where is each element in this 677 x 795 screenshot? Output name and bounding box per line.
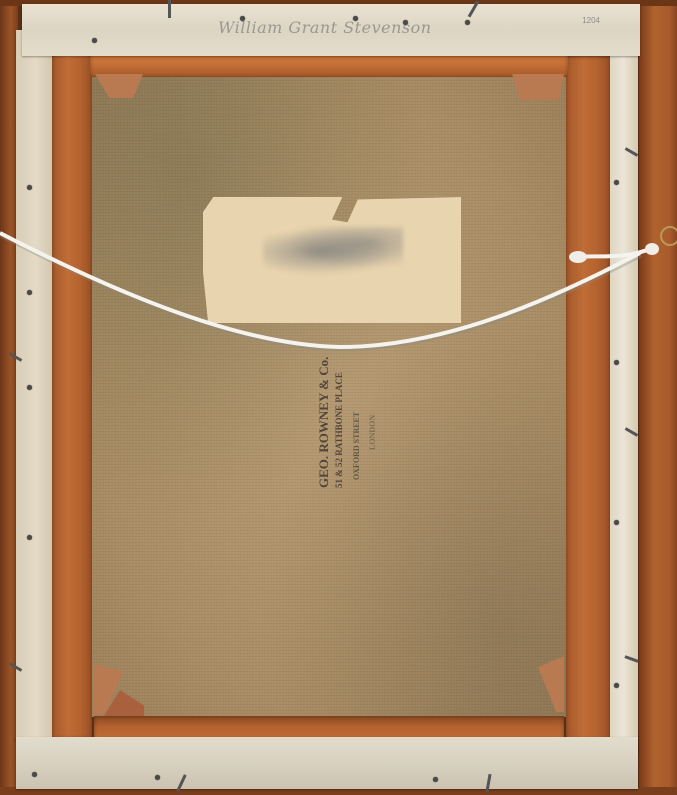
- nail: [403, 20, 408, 25]
- nail: [353, 16, 358, 21]
- nail: [92, 38, 97, 43]
- outer-frame-right: [639, 0, 677, 795]
- corner-key-top-right: [512, 74, 564, 100]
- nail: [614, 520, 619, 525]
- stamp-line-2: 51 & 52 RATHBONE PLACE: [334, 372, 344, 488]
- nail: [27, 290, 32, 295]
- paper-tape-bottom: [16, 737, 638, 789]
- pencil-inscription: William Grant Stevenson: [218, 18, 432, 37]
- paper-tape-right: [608, 56, 638, 756]
- nail: [465, 20, 470, 25]
- hanging-cord: [0, 225, 677, 365]
- nail: [27, 385, 32, 390]
- nail: [155, 775, 160, 780]
- nail: [32, 772, 37, 777]
- stamp-line-1: GEO. ROWNEY & Co.: [316, 357, 332, 488]
- tack: [168, 0, 171, 18]
- nail: [614, 360, 619, 365]
- stretcher-bar-left: [52, 47, 92, 739]
- nail: [614, 683, 619, 688]
- corner-number: 1204: [582, 16, 600, 25]
- stamp-line-4: LONDON: [368, 415, 377, 450]
- paper-tape-left: [16, 30, 56, 740]
- nail: [614, 180, 619, 185]
- nail: [27, 535, 32, 540]
- nail: [27, 185, 32, 190]
- nail: [240, 16, 245, 21]
- stretcher-bar-right: [566, 56, 610, 752]
- nail: [433, 777, 438, 782]
- hanging-ring: [660, 226, 677, 246]
- stamp-line-3: OXFORD STREET: [352, 412, 361, 480]
